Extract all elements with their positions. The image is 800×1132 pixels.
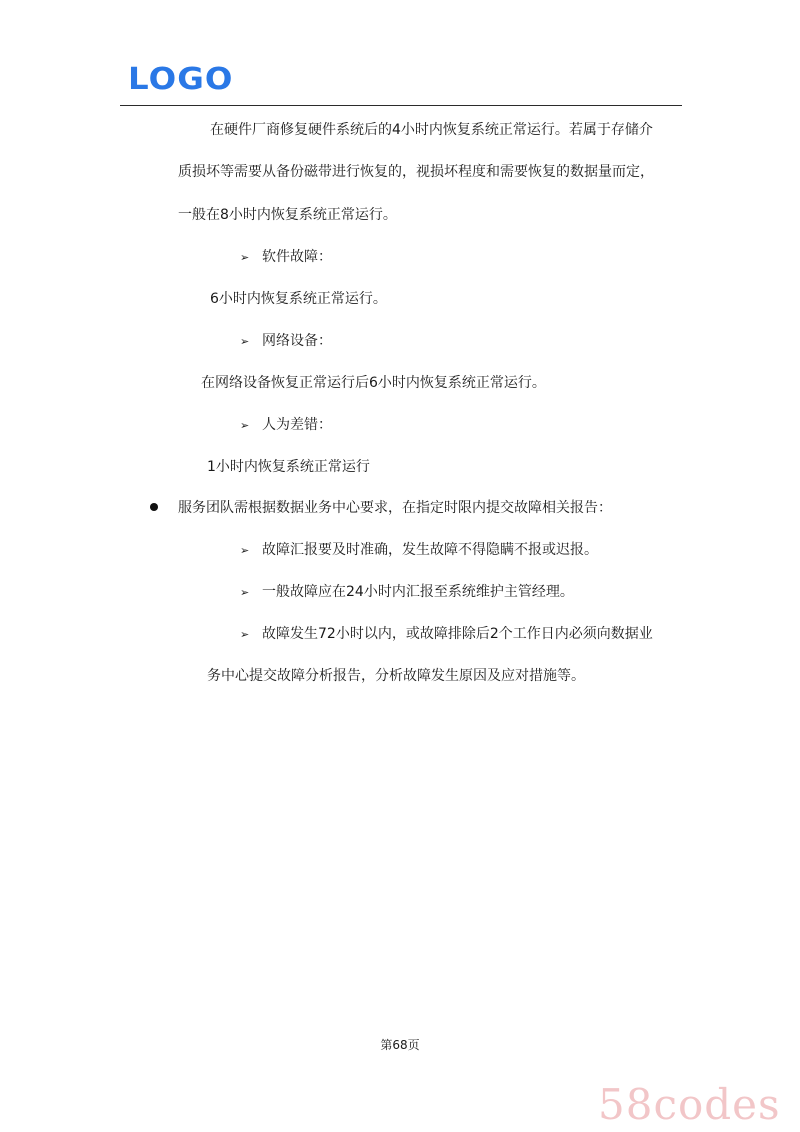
paragraph-line: 质损坏等需要从备份磁带进行恢复的，视损坏程度和需要恢复的数据量而定， [178, 163, 654, 181]
page-number: 第68页 [0, 1036, 800, 1053]
watermark: 58codes [598, 1080, 781, 1129]
list-item-software-fault: ➢软件故障： [240, 248, 332, 267]
list-item-human-error: ➢人为差错： [240, 416, 332, 435]
list-item-detail: 6小时内恢复系统正常运行。 [210, 290, 387, 308]
arrow-bullet-icon: ➢ [240, 333, 262, 351]
arrow-bullet-icon: ➢ [240, 542, 262, 560]
arrow-bullet-icon: ➢ [240, 584, 262, 602]
sub-item: ➢故障汇报要及时准确，发生故障不得隐瞒不报或迟报。 [240, 541, 598, 560]
sub-item-continuation: 务中心提交故障分析报告，分析故障发生原因及应对措施等。 [207, 667, 585, 685]
sub-item: ➢一般故障应在24小时内汇报至系统维护主管经理。 [240, 583, 574, 602]
list-item-network-device: ➢网络设备： [240, 332, 332, 351]
bullet-text: 服务团队需根据数据业务中心要求，在指定时限内提交故障相关报告： [178, 499, 612, 517]
paragraph-line: 一般在8小时内恢复系统正常运行。 [178, 206, 397, 224]
list-item-detail: 1小时内恢复系统正常运行 [207, 458, 370, 476]
arrow-bullet-icon: ➢ [240, 249, 262, 267]
bullet-dot-icon [150, 503, 158, 511]
paragraph-line: 在硬件厂商修复硬件系统后的4小时内恢复系统正常运行。若属于存储介 [210, 121, 653, 139]
header-divider [120, 105, 682, 106]
arrow-bullet-icon: ➢ [240, 417, 262, 435]
logo: LOGO [128, 64, 234, 96]
list-item-detail: 在网络设备恢复正常运行后6小时内恢复系统正常运行。 [201, 374, 546, 392]
arrow-bullet-icon: ➢ [240, 626, 262, 644]
sub-item: ➢故障发生72小时以内，或故障排除后2个工作日内必须向数据业 [240, 625, 653, 644]
